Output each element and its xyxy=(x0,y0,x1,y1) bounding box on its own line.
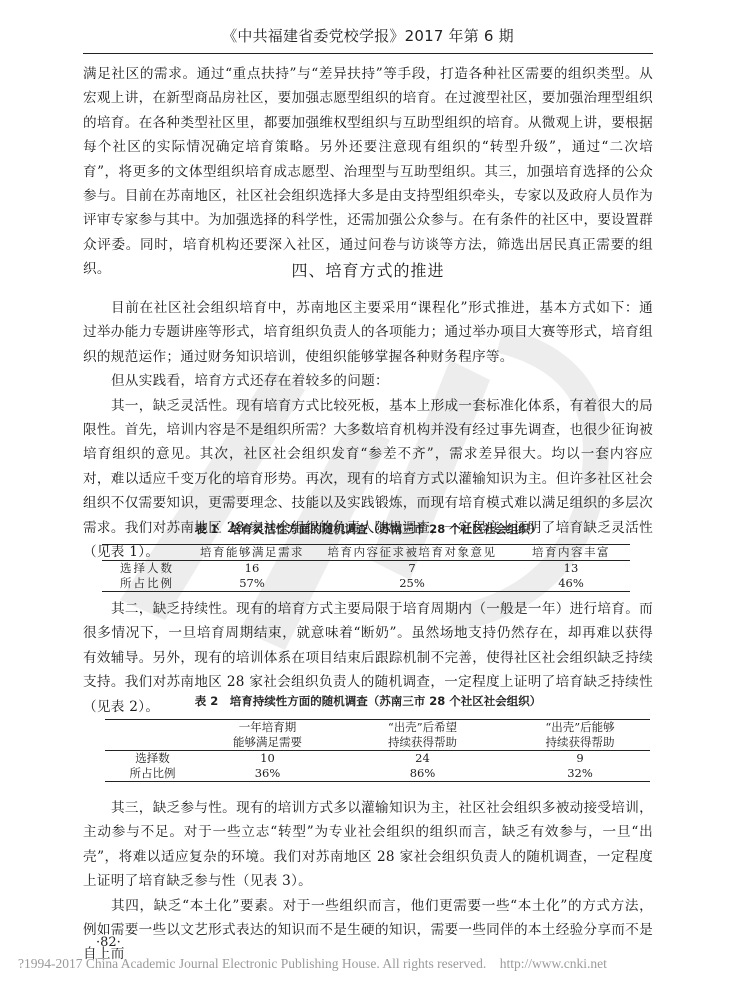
table-cell: 13 xyxy=(512,561,630,577)
table-row: 选择数 10 24 9 xyxy=(105,751,650,767)
table-cell: 24 xyxy=(335,751,510,767)
paragraph: 但从实践看，培育方式还存在着较多的问题： xyxy=(83,369,653,393)
table-2: 一年培育期能够满足需要 “出壳”后希望持续获得帮助 “出壳”后能够持续获得帮助 … xyxy=(105,719,650,782)
row-label: 选择数 xyxy=(105,751,200,767)
table-header-cell xyxy=(102,545,192,561)
table-cell: 10 xyxy=(200,751,335,767)
table-cell: 36% xyxy=(200,766,335,782)
header-line: 持续获得帮助 xyxy=(335,735,510,750)
table-header-cell: 培育能够满足需求 xyxy=(192,545,312,561)
paragraph: 其四，缺乏“本土化”要素。对于一些组织而言，他们更需要一些“本土化”的方式方法，… xyxy=(83,894,653,967)
paragraph: 目前在社区社会组织培育中，苏南地区主要采用“课程化”形式推进，基本方式如下：通过… xyxy=(83,296,653,369)
table-cell: 16 xyxy=(192,561,312,577)
table-header-row: 一年培育期能够满足需要 “出壳”后希望持续获得帮助 “出壳”后能够持续获得帮助 xyxy=(105,720,650,751)
row-label: 所占比例 xyxy=(105,766,200,782)
table-header-cell: 培育内容征求被培育对象意见 xyxy=(312,545,512,561)
paragraph: 其一，缺乏灵活性。现有培育方式比较死板，基本上形成一套标准化体系，有着很大的局限… xyxy=(83,394,653,565)
header-line: 持续获得帮助 xyxy=(510,735,650,750)
table-header-cell: 一年培育期能够满足需要 xyxy=(200,720,335,751)
table-cell: 7 xyxy=(312,561,512,577)
table-row: 选择人数 16 7 13 xyxy=(102,561,630,577)
table-cell: 25% xyxy=(312,576,512,592)
journal-title: 《中共福建省委党校学报》2017 年第 6 期 xyxy=(83,25,653,46)
table-cell: 57% xyxy=(192,576,312,592)
body-text-top: 满足社区的需求。通过“重点扶持”与“差异扶持”等手段，打造各种社区需要的组织类型… xyxy=(83,62,653,282)
paragraph: 满足社区的需求。通过“重点扶持”与“差异扶持”等手段，打造各种社区需要的组织类型… xyxy=(83,62,653,282)
header-line: 能够满足需要 xyxy=(200,735,335,750)
row-label: 所占比例 xyxy=(102,576,192,592)
header-line: “出壳”后希望 xyxy=(335,720,510,735)
table-header-cell xyxy=(105,720,200,751)
body-text-section: 目前在社区社会组织培育中，苏南地区主要采用“课程化”形式推进，基本方式如下：通过… xyxy=(83,296,653,564)
paragraph: 其三，缺乏参与性。现有的培训方式多以灌输知识为主，社区社会组织多被动接受培训，主… xyxy=(83,796,653,894)
table-cell: 32% xyxy=(510,766,650,782)
table-1: 培育能够满足需求 培育内容征求被培育对象意见 培育内容丰富 选择人数 16 7 … xyxy=(102,544,630,592)
table-header-cell: “出壳”后希望持续获得帮助 xyxy=(335,720,510,751)
running-header: 《中共福建省委党校学报》2017 年第 6 期 xyxy=(83,0,653,54)
body-text-after-table-1: 其二，缺乏持续性。现有的培育方式主要局限于培育周期内（一般是一年）进行培育。而很… xyxy=(83,597,653,719)
table-header-row: 培育能够满足需求 培育内容征求被培育对象意见 培育内容丰富 xyxy=(102,545,630,561)
table-row: 所占比例 36% 86% 32% xyxy=(105,766,650,782)
table-header-cell: 培育内容丰富 xyxy=(512,545,630,561)
header-line: 一年培育期 xyxy=(200,720,335,735)
row-label: 选择人数 xyxy=(102,561,192,577)
body-text-bottom: 其三，缺乏参与性。现有的培训方式多以灌输知识为主，社区社会组织多被动接受培训，主… xyxy=(83,796,653,967)
table-cell: 46% xyxy=(512,576,630,592)
table-cell: 9 xyxy=(510,751,650,767)
paragraph: 其二，缺乏持续性。现有的培育方式主要局限于培育周期内（一般是一年）进行培育。而很… xyxy=(83,597,653,719)
table-cell: 86% xyxy=(335,766,510,782)
table-row: 所占比例 57% 25% 46% xyxy=(102,576,630,592)
table-header-cell: “出壳”后能够持续获得帮助 xyxy=(510,720,650,751)
header-line: “出壳”后能够 xyxy=(510,720,650,735)
